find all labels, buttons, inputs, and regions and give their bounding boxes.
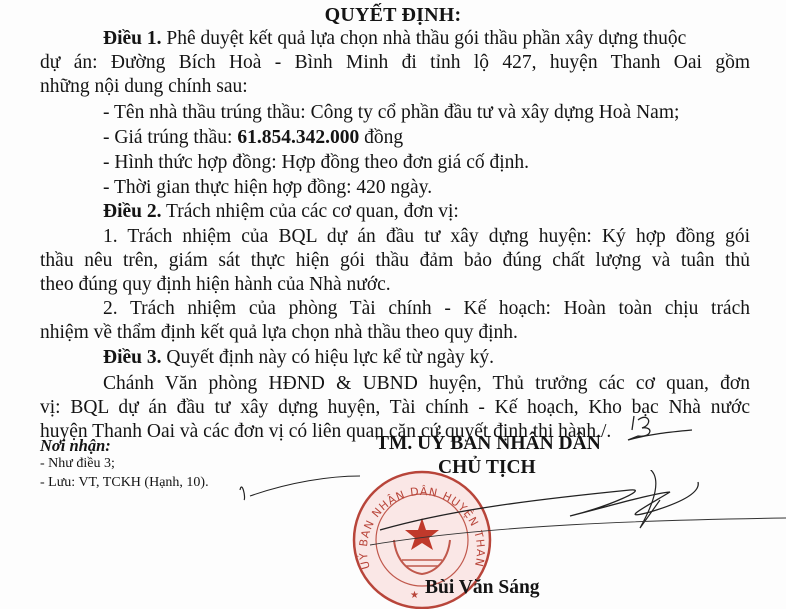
article-3: Điều 3. Quyết định này có hiệu lực kể từ…	[103, 346, 494, 370]
signatory-organization: TM. UỶ BAN NHÂN DÂN	[376, 433, 601, 455]
article-2-p2-line-1: 2. Trách nhiệm của phòng Tài chính - Kế …	[103, 297, 750, 321]
article-2-text: Trách nhiệm của các cơ quan, đơn vị:	[166, 201, 459, 222]
contract-form-item: - Hình thức hợp đồng: Hợp đồng theo đơn …	[103, 151, 529, 175]
article-3-label: Điều 3.	[103, 347, 162, 368]
article-3-text: Quyết định này có hiệu lực kể từ ngày ký…	[166, 347, 494, 368]
recipients-heading: Nơi nhận:	[40, 436, 111, 456]
recipient-item: - Như điều 3;	[40, 456, 115, 472]
article-2-label: Điều 2.	[103, 201, 162, 222]
bid-price-item: - Giá trúng thầu: 61.854.342.000 đồng	[103, 126, 403, 150]
bid-price-unit: đồng	[359, 127, 403, 148]
contractor-name-item: - Tên nhà thầu trúng thầu: Công ty cổ ph…	[103, 101, 679, 125]
article-2-p1-line-2: thầu nêu trên, giám sát thực hiện gói th…	[40, 249, 750, 273]
handwritten-signature	[230, 470, 786, 580]
article-2-p1-line-3: theo đúng quy định hiện hành của Nhà nướ…	[40, 273, 391, 297]
decision-document: QUYẾT ĐỊNH: Điều 1. Phê duyệt kết quả lự…	[0, 0, 786, 609]
document-title: QUYẾT ĐỊNH:	[0, 4, 786, 27]
article-1-line-3: những nội dung chính sau:	[40, 75, 248, 99]
article-1-line-2: dự án: Đường Bích Hoà - Bình Minh đi tỉn…	[40, 51, 750, 75]
contract-duration-item: - Thời gian thực hiện hợp đồng: 420 ngày…	[103, 176, 432, 200]
article-2-p1-line-1: 1. Trách nhiệm của BQL dự án đầu tư xây …	[103, 225, 750, 249]
initials-mark	[620, 410, 700, 445]
article-2-p2-line-2: nhiệm về thẩm định kết quả lựa chọn nhà …	[40, 321, 518, 345]
bid-price-label: - Giá trúng thầu:	[103, 127, 237, 148]
article-2-heading: Điều 2. Trách nhiệm của các cơ quan, đơn…	[103, 200, 459, 224]
article-1-text: Phê duyệt kết quả lựa chọn nhà thầu gói …	[166, 28, 686, 49]
signatory-name: Bùi Văn Sáng	[425, 577, 540, 599]
closing-line-1: Chánh Văn phòng HĐND & UBND huyện, Thủ t…	[103, 372, 750, 396]
article-1-line-1: Điều 1. Phê duyệt kết quả lựa chọn nhà t…	[103, 27, 686, 51]
seal-bottom-star-icon: ★	[410, 590, 419, 601]
bid-price-value: 61.854.342.000	[237, 127, 359, 148]
recipient-item: - Lưu: VT, TCKH (Hạnh, 10).	[40, 475, 209, 491]
article-1-label: Điều 1.	[103, 28, 162, 49]
